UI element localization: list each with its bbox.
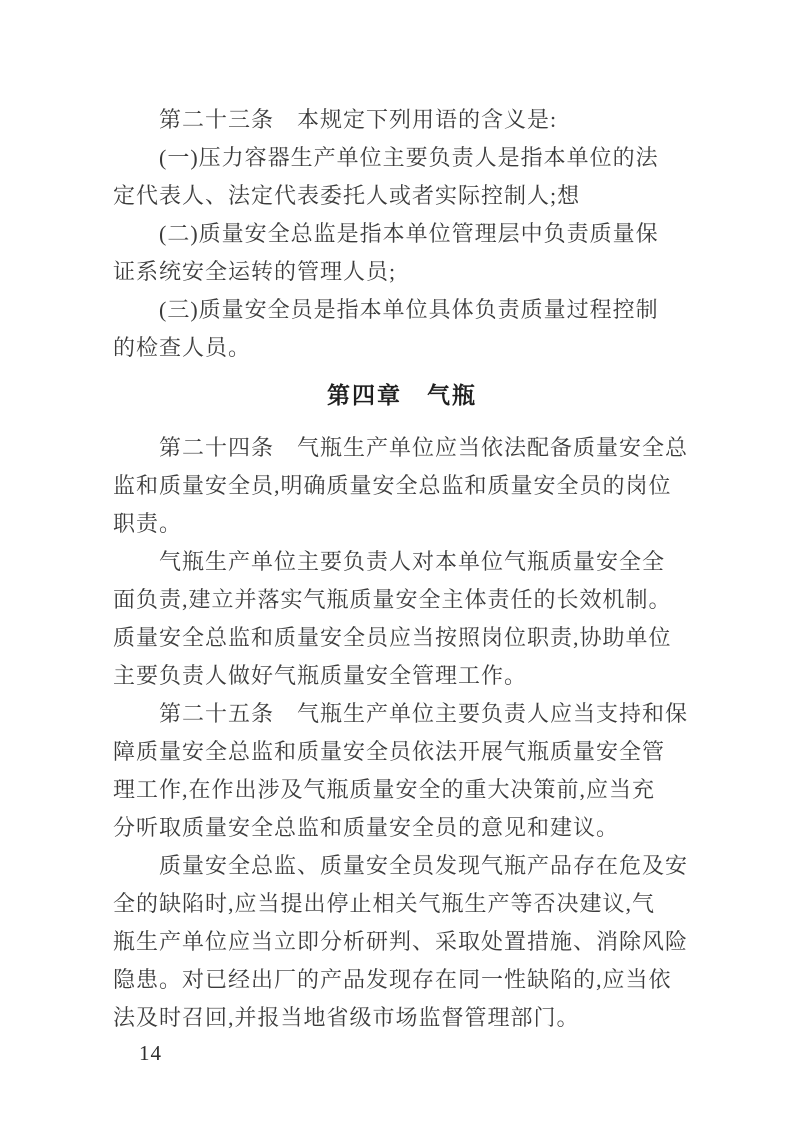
text-line: 质量安全总监、质量安全员发现气瓶产品存在危及安: [113, 847, 691, 885]
document-page: 第二十三条 本规定下列用语的含义是: (一)压力容器生产单位主要负责人是指本单位…: [0, 0, 793, 1122]
text-line: 定代表人、法定代表委托人或者实际控制人;想: [113, 177, 691, 215]
text-line: 第二十四条 气瓶生产单位应当依法配备质量安全总: [113, 429, 691, 467]
text-line: 主要负责人做好气瓶质量安全管理工作。: [113, 657, 691, 695]
text-line: 隐患。对已经出厂的产品发现存在同一性缺陷的,应当依: [113, 961, 691, 999]
text-line: 面负责,建立并落实气瓶质量安全主体责任的长效机制。: [113, 581, 691, 619]
text-line: 障质量安全总监和质量安全员依法开展气瓶质量安全管: [113, 733, 691, 771]
text-line: 理工作,在作出涉及气瓶质量安全的重大决策前,应当充: [113, 771, 691, 809]
text-line: 瓶生产单位应当立即分析研判、采取处置措施、消除风险: [113, 923, 691, 961]
chapter-heading: 第四章 气瓶: [113, 376, 691, 414]
text-line: (二)质量安全总监是指本单位管理层中负责质量保: [113, 215, 691, 253]
text-line: 监和质量安全员,明确质量安全总监和质量安全员的岗位: [113, 467, 691, 505]
text-line: 气瓶生产单位主要负责人对本单位气瓶质量安全全: [113, 543, 691, 581]
text-line: 分听取质量安全总监和质量安全员的意见和建议。: [113, 809, 691, 847]
text-line: 第二十三条 本规定下列用语的含义是:: [113, 101, 691, 139]
text-line: (三)质量安全员是指本单位具体负责质量过程控制: [113, 291, 691, 329]
text-line: (一)压力容器生产单位主要负责人是指本单位的法: [113, 139, 691, 177]
text-line: 证系统安全运转的管理人员;: [113, 253, 691, 291]
text-line: 全的缺陷时,应当提出停止相关气瓶生产等否决建议,气: [113, 885, 691, 923]
page-number: 14: [139, 1040, 162, 1066]
text-line: 职责。: [113, 505, 691, 543]
text-line: 质量安全总监和质量安全员应当按照岗位职责,协助单位: [113, 619, 691, 657]
text-line: 的检查人员。: [113, 329, 691, 367]
document-body: 第二十三条 本规定下列用语的含义是: (一)压力容器生产单位主要负责人是指本单位…: [113, 101, 691, 1037]
text-line: 第二十五条 气瓶生产单位主要负责人应当支持和保: [113, 695, 691, 733]
text-line: 法及时召回,并报当地省级市场监督管理部门。: [113, 999, 691, 1037]
